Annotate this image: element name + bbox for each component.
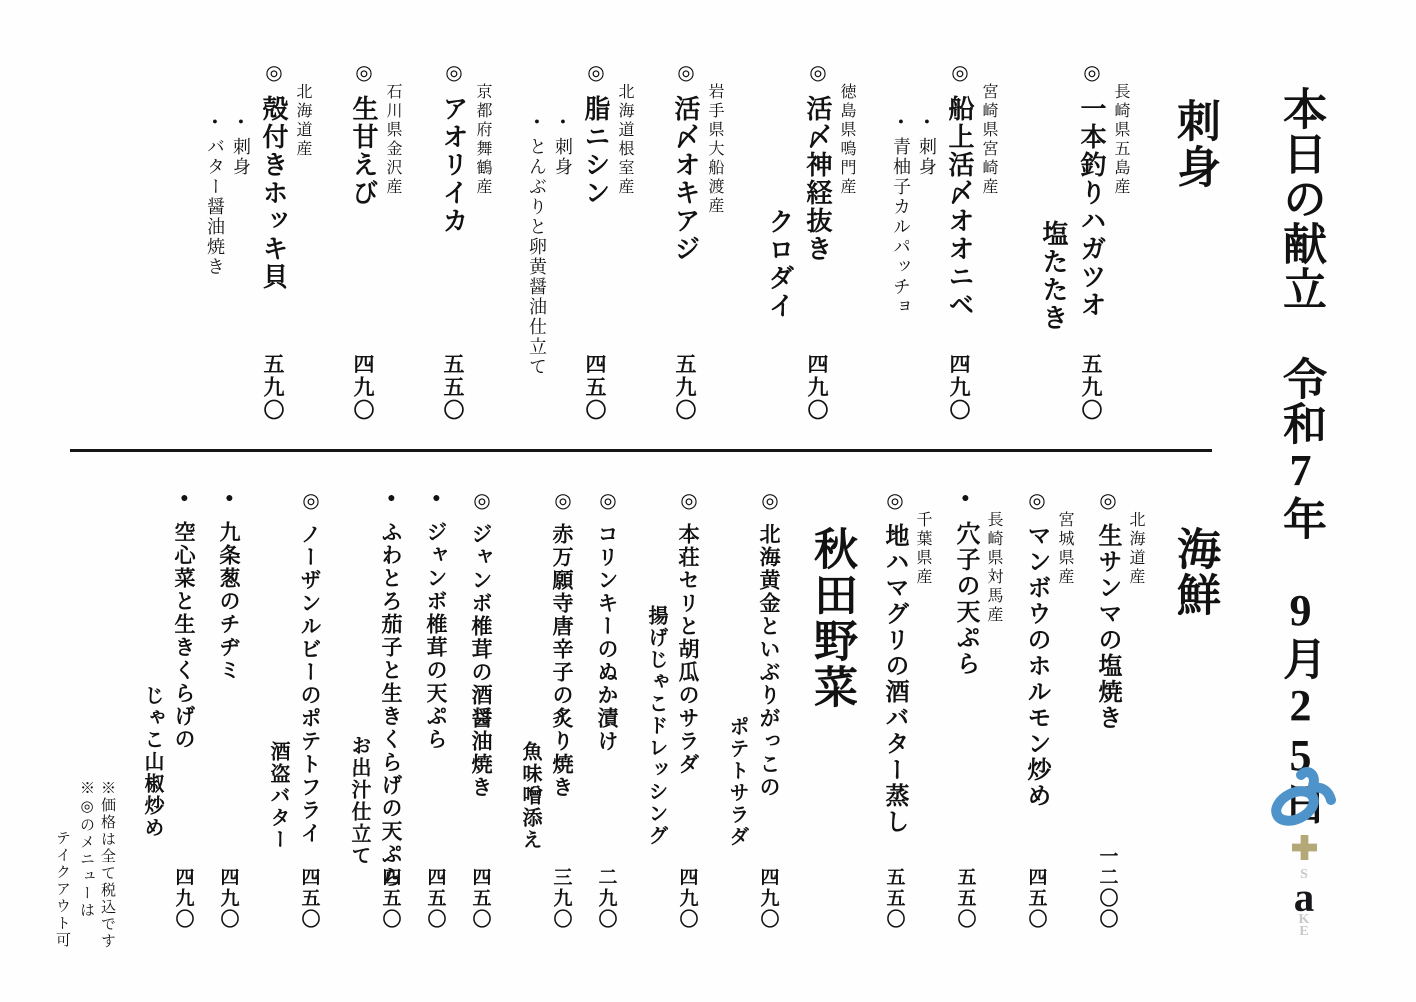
bottom-section: 海鮮 北海道産 ◎生サンマの塩焼き一二〇〇 宮城県産 ◎マンボウのホルモン炒め四… xyxy=(0,455,1226,1002)
item-price: 五九〇 xyxy=(670,353,700,422)
menu-item-nasu-tempura: ●ふわとろ茄子と生きくらげの天ぷら四五〇 お出汁仕立て xyxy=(338,488,406,930)
item-name: アオリイカ xyxy=(439,95,468,235)
item-name-line2: 塩たたき xyxy=(1030,60,1072,422)
item-origin: 徳島県鳴門産 xyxy=(836,60,858,422)
bullet-icon: ● xyxy=(922,116,932,137)
item-name: 生甘えび xyxy=(349,95,378,207)
dot-marker-icon: ● xyxy=(384,488,399,521)
item-name: ふわとろ茄子と生きくらげの天ぷら xyxy=(379,521,403,889)
item-name: 活〆神経抜き xyxy=(803,95,832,263)
menu-item-manbou: 宮城県産 ◎マンボウのホルモン炒め四五〇 xyxy=(1018,488,1076,930)
takeout-marker-icon: ◎ xyxy=(1096,488,1118,523)
item-name-column: ●ジャンボ椎茸の天ぷら四五〇 xyxy=(419,488,451,930)
menu-item-hokkigai: 北海道産 ◎殻付きホッキ貝五九〇 ●刺身 ●バター醤油焼き xyxy=(202,60,314,422)
option-label: バター醤油焼き xyxy=(205,137,225,277)
item-name-column: ◎一本釣りハガツオ五九〇 xyxy=(1072,60,1110,422)
sashimi-section: 刺身 長崎県五島産 ◎一本釣りハガツオ五九〇 塩たたき 宮崎県宮崎産 ◎船上活〆… xyxy=(0,0,1226,452)
item-name-line2: クロダイ xyxy=(756,60,798,422)
takeout-marker-icon: ◎ xyxy=(948,60,970,95)
takeout-marker-icon: ◎ xyxy=(806,60,828,95)
item-origin: 岩手県大船渡産 xyxy=(704,60,726,422)
item-origin: 宮崎県宮崎産 xyxy=(978,60,1000,422)
takeout-marker-icon: ◎ xyxy=(352,60,374,95)
menu-item-hagatsuo: 長崎県五島産 ◎一本釣りハガツオ五九〇 塩たたき xyxy=(1030,60,1132,422)
menu-item-shiitake-tempura: ●ジャンボ椎茸の天ぷら四五〇 xyxy=(419,488,451,930)
menu-item-kushinsai: ●空心菜と生きくらげの四九〇 じゃこ山椒炒め xyxy=(131,488,199,930)
menu-item-nishin: 北海道根室産 ◎脂ニシン四五〇 ●刺身 ●とんぶりと卵黄醤油仕立て xyxy=(524,60,636,422)
item-origin: 宮城県産 xyxy=(1054,488,1076,930)
menu-item-kurodai: 徳島県鳴門産 ◎活〆神経抜き四九〇 クロダイ xyxy=(756,60,858,422)
item-name-line2: じゃこ山椒炒め xyxy=(131,488,167,930)
item-name-column: ●空心菜と生きくらげの四九〇 xyxy=(167,488,199,930)
takeout-marker-icon: ◎ xyxy=(674,60,696,95)
dot-marker-icon: ● xyxy=(958,488,973,521)
takeout-marker-icon: ◎ xyxy=(758,488,780,523)
item-option: ●刺身 xyxy=(228,60,254,422)
item-price: 一二〇〇 xyxy=(1094,846,1121,930)
dot-marker-icon: ● xyxy=(429,488,444,521)
footnote-tax: ※価格は全て税込です xyxy=(97,780,118,1002)
takeout-marker-icon: ◎ xyxy=(442,60,464,95)
item-name: 空心菜と生きくらげの xyxy=(172,521,196,751)
option-label: 刺身 xyxy=(553,137,573,177)
item-name: 活〆オキアジ xyxy=(671,95,700,263)
item-price: 四九〇 xyxy=(215,867,242,930)
takeout-marker-icon: ◎ xyxy=(299,488,321,523)
bullet-icon: ● xyxy=(558,116,568,137)
takeout-marker-icon: ◎ xyxy=(596,488,618,523)
item-name-line2: 揚げじゃこドレッシング xyxy=(635,488,671,930)
item-name-line2: 酒盗バター xyxy=(257,488,293,930)
item-price: 四九〇 xyxy=(944,353,974,422)
menu-item-oonibe: 宮崎県宮崎産 ◎船上活〆オオニベ四九〇 ●刺身 ●青柚子カルパッチョ xyxy=(888,60,1000,422)
item-price: 四五〇 xyxy=(580,353,610,422)
footnote-takeout-line1: ※◎のメニューは xyxy=(76,780,97,1002)
option-label: 刺身 xyxy=(231,137,251,177)
item-price: 四五〇 xyxy=(1023,867,1050,930)
item-name-column: ◎地ハマグリの酒バター蒸し五五〇 xyxy=(876,488,912,930)
item-name-line2: お出汁仕立て xyxy=(338,488,374,930)
kaisen-heading: 海鮮 xyxy=(1162,488,1226,1002)
item-name-column: ●九条葱のチヂミ四九〇 xyxy=(212,488,244,930)
fish-logo-icon xyxy=(1271,766,1337,828)
takeout-marker-icon: ◎ xyxy=(1080,60,1102,95)
takeout-marker-icon: ◎ xyxy=(1025,488,1047,523)
item-option: ●青柚子カルパッチョ xyxy=(888,60,914,422)
item-name: 船上活〆オオニベ xyxy=(945,95,974,319)
item-name-column: ◎活〆神経抜き四九〇 xyxy=(798,60,836,422)
item-option: ●刺身 xyxy=(550,60,576,422)
item-name-column: ◎マンボウのホルモン炒め四五〇 xyxy=(1018,488,1054,930)
item-name-line2: ポテトサラダ xyxy=(716,488,752,930)
akita-heading: 秋田野菜 xyxy=(799,488,863,1002)
menu-item-seri-salad: ◎本荘セリと胡瓜のサラダ四九〇 揚げじゃこドレッシング xyxy=(635,488,703,930)
item-name-column: ◎ジャンボ椎茸の酒醤油焼き四五〇 xyxy=(464,488,496,930)
menu-page: 本日の献立 令和7年 9月25日 S a K E 刺身 長崎県五島産 ◎一本釣り… xyxy=(0,0,1416,1002)
takeout-marker-icon: ◎ xyxy=(551,488,573,523)
item-name-column: ◎船上活〆オオニベ四九〇 xyxy=(940,60,978,422)
item-name: ジャンボ椎茸の酒醤油焼き xyxy=(469,523,493,799)
item-name-column: ◎本荘セリと胡瓜のサラダ四九〇 xyxy=(671,488,703,930)
option-label: とんぶりと卵黄醤油仕立て xyxy=(527,137,547,377)
dot-marker-icon: ● xyxy=(222,488,237,521)
item-name-column: ◎コリンキーのぬか漬け二九〇 xyxy=(590,488,622,930)
item-origin: 北海道産 xyxy=(292,60,314,422)
item-origin: 京都府舞鶴産 xyxy=(472,60,494,422)
menu-item-aoriika: 京都府舞鶴産 ◎アオリイカ五五〇 xyxy=(434,60,494,422)
sake-wordmark: S a K E xyxy=(1294,869,1315,939)
item-name-line2: 魚味噌添え xyxy=(509,488,545,930)
item-price: 四九〇 xyxy=(348,353,378,422)
item-price: 二九〇 xyxy=(593,867,620,930)
item-name: 本荘セリと胡瓜のサラダ xyxy=(676,523,700,776)
item-name: 地ハマグリの酒バター蒸し xyxy=(881,523,907,835)
item-name-column: ◎北海黄金といぶりがっこの四九〇 xyxy=(752,488,784,930)
item-name-column: ◎赤万願寺唐辛子の炙り焼き三九〇 xyxy=(545,488,577,930)
item-price: 五五〇 xyxy=(881,867,908,930)
item-price: 五九〇 xyxy=(1076,353,1106,422)
item-origin: 千葉県産 xyxy=(912,488,934,930)
item-name: ノーザンルビーのポテトフライ xyxy=(298,523,322,845)
item-origin: 北海道産 xyxy=(1125,488,1147,930)
menu-item-amaebi: 石川県金沢産 ◎生甘えび四九〇 xyxy=(344,60,404,422)
menu-item-shiitake-yaki: ◎ジャンボ椎茸の酒醤油焼き四五〇 xyxy=(464,488,496,930)
menu-item-manganji: ◎赤万願寺唐辛子の炙り焼き三九〇 魚味噌添え xyxy=(509,488,577,930)
menu-item-okiaji: 岩手県大船渡産 ◎活〆オキアジ五九〇 xyxy=(666,60,726,422)
item-name: ジャンボ椎茸の天ぷら xyxy=(424,521,448,751)
item-price: 四九〇 xyxy=(170,867,197,930)
item-name-column: ◎殻付きホッキ貝五九〇 xyxy=(254,60,292,422)
item-name: 脂ニシン xyxy=(581,95,610,207)
takeout-marker-icon: ◎ xyxy=(262,60,284,95)
item-origin: 長崎県対馬産 xyxy=(983,488,1005,930)
menu-body: 刺身 長崎県五島産 ◎一本釣りハガツオ五九〇 塩たたき 宮崎県宮崎産 ◎船上活〆… xyxy=(0,0,1226,1002)
takeout-marker-icon: ◎ xyxy=(677,488,699,523)
item-name: 生サンマの塩焼き xyxy=(1094,523,1120,731)
item-option: ●とんぶりと卵黄醤油仕立て xyxy=(524,60,550,422)
item-name: 殻付きホッキ貝 xyxy=(259,95,288,291)
takeout-marker-icon: ◎ xyxy=(883,488,905,523)
item-price: 四五〇 xyxy=(296,867,323,930)
menu-item-hamaguri: 千葉県産 ◎地ハマグリの酒バター蒸し五五〇 xyxy=(876,488,934,930)
item-name-column: ◎生サンマの塩焼き一二〇〇 xyxy=(1089,488,1125,930)
restaurant-logo: S a K E xyxy=(1268,766,1340,939)
item-name: 九条葱のチヂミ xyxy=(217,521,241,682)
bullet-icon: ● xyxy=(896,116,906,137)
menu-item-potesara: ◎北海黄金といぶりがっこの四九〇 ポテトサラダ xyxy=(716,488,784,930)
bullet-icon: ● xyxy=(532,116,542,137)
section-divider xyxy=(70,449,1212,452)
item-name: コリンキーのぬか漬け xyxy=(595,523,619,753)
sake-letter-e: E xyxy=(1299,926,1308,939)
item-option: ●刺身 xyxy=(914,60,940,422)
item-price: 四五〇 xyxy=(467,867,494,930)
item-price: 五五〇 xyxy=(952,867,979,930)
item-name-column: ◎アオリイカ五五〇 xyxy=(434,60,472,422)
sake-letter-a: a xyxy=(1294,879,1315,917)
menu-item-korinky: ◎コリンキーのぬか漬け二九〇 xyxy=(590,488,622,930)
footnote-takeout-line2: テイクアウト可 xyxy=(52,780,73,1002)
item-name: マンボウのホルモン炒め xyxy=(1023,523,1049,809)
item-price: 四五〇 xyxy=(422,867,449,930)
item-origin: 北海道根室産 xyxy=(614,60,636,422)
takeout-marker-icon: ◎ xyxy=(470,488,492,523)
item-name-column: ●穴子の天ぷら五五〇 xyxy=(947,488,983,930)
option-label: 刺身 xyxy=(917,137,937,177)
item-price: 三九〇 xyxy=(548,867,575,930)
footnotes: ※価格は全て税込です ※◎のメニューは テイクアウト可 xyxy=(52,488,118,1002)
item-price: 四五〇 xyxy=(377,867,404,930)
item-origin: 長崎県五島産 xyxy=(1110,60,1132,422)
page-title: 本日の献立 令和7年 9月25日 xyxy=(1280,86,1332,806)
item-name-column: ◎脂ニシン四五〇 xyxy=(576,60,614,422)
item-name-column: ◎活〆オキアジ五九〇 xyxy=(666,60,704,422)
bullet-icon: ● xyxy=(236,116,246,137)
menu-item-sanma: 北海道産 ◎生サンマの塩焼き一二〇〇 xyxy=(1089,488,1147,930)
item-name: 穴子の天ぷら xyxy=(952,521,978,677)
item-price: 五九〇 xyxy=(258,353,288,422)
item-name-column: ●ふわとろ茄子と生きくらげの天ぷら四五〇 xyxy=(374,488,406,930)
item-price: 五五〇 xyxy=(438,353,468,422)
item-price: 四九〇 xyxy=(674,867,701,930)
item-price: 四九〇 xyxy=(802,353,832,422)
item-name: 一本釣りハガツオ xyxy=(1077,95,1106,319)
item-name: 赤万願寺唐辛子の炙り焼き xyxy=(550,523,574,799)
option-label: 青柚子カルパッチョ xyxy=(891,137,911,317)
menu-item-northern-ruby: ◎ノーザンルビーのポテトフライ四五〇 酒盗バター xyxy=(257,488,325,930)
item-name-column: ◎生甘えび四九〇 xyxy=(344,60,382,422)
menu-item-anago: 長崎県対馬産 ●穴子の天ぷら五五〇 xyxy=(947,488,1005,930)
item-name-column: ◎ノーザンルビーのポテトフライ四五〇 xyxy=(293,488,325,930)
plus-icon xyxy=(1292,835,1317,860)
menu-item-kujo-negi: ●九条葱のチヂミ四九〇 xyxy=(212,488,244,930)
item-name: 北海黄金といぶりがっこの xyxy=(757,523,781,799)
sashimi-heading: 刺身 xyxy=(1162,60,1226,452)
bullet-icon: ● xyxy=(210,116,220,137)
item-option: ●バター醤油焼き xyxy=(202,60,228,422)
takeout-marker-icon: ◎ xyxy=(584,60,606,95)
dot-marker-icon: ● xyxy=(177,488,192,521)
item-price: 四九〇 xyxy=(755,867,782,930)
item-origin: 石川県金沢産 xyxy=(382,60,404,422)
